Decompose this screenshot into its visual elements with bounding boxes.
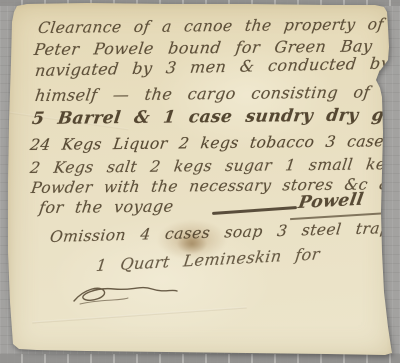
pen-dash-stroke <box>212 206 297 215</box>
omission-line: Omission 4 cases soap 3 steel traps <box>49 219 400 246</box>
manuscript-line-7: 2 Kegs salt 2 kegs sugar 1 small keg <box>29 155 397 177</box>
manuscript-line-5: 5 Barrel & 1 case sundry dry goods <box>31 106 400 128</box>
background-tile-strip-bottom <box>0 354 400 363</box>
addendum-line: 1 Quart Lemineskin for <box>95 245 321 275</box>
manuscript-line-9: for the voyage <box>38 198 175 217</box>
signature-underline <box>290 212 392 220</box>
manuscript-paper: Clearance of a canoe the property of — P… <box>7 2 394 358</box>
paper-crease <box>32 307 247 324</box>
manuscript-line-6: 24 Kegs Liquor 2 kegs tobacco 3 cases ba… <box>29 132 400 154</box>
manuscript-line-1: Clearance of a canoe the property of — <box>37 15 400 37</box>
signature-flourish-icon <box>70 281 180 307</box>
signature: Powell <box>297 191 365 212</box>
photo-background: Clearance of a canoe the property of — P… <box>0 0 400 363</box>
manuscript-line-4: himself — the cargo consisting of <box>34 84 371 105</box>
